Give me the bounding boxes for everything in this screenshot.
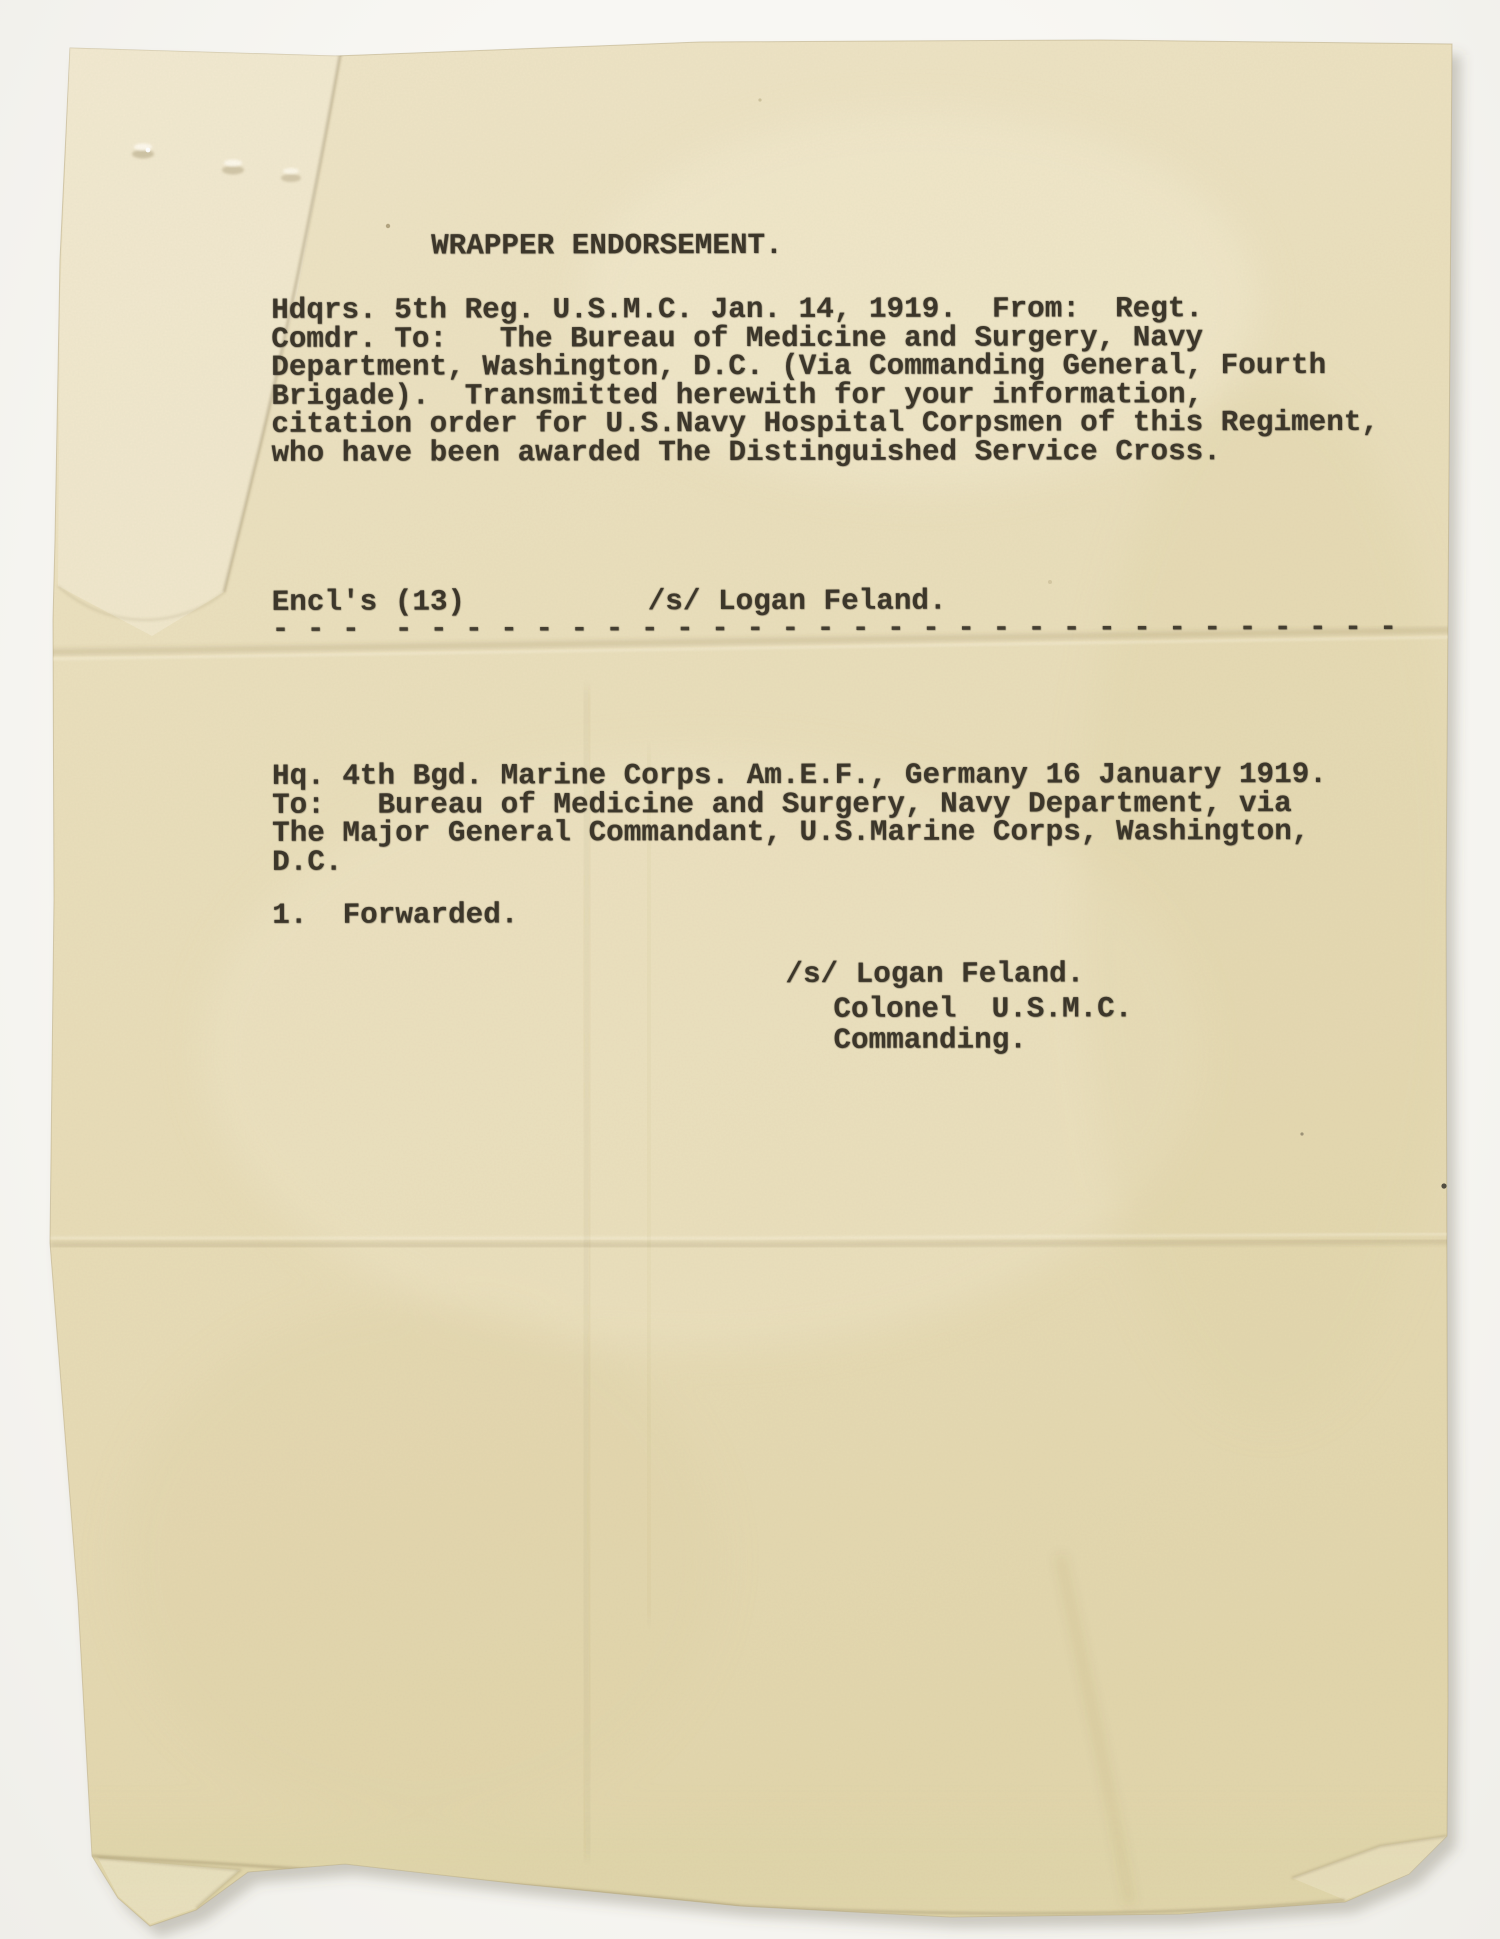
forwarded-item: 1. Forwarded. [272,901,518,930]
scanned-document-page: WRAPPER ENDORSEMENT. Hdqrs. 5th Reg. U.S… [0,0,1500,1939]
typewritten-text-layer: WRAPPER ENDORSEMENT. Hdqrs. 5th Reg. U.S… [0,0,1500,1939]
second-endorsement-heading: Hq. 4th Bgd. Marine Corps. Am.E.F., Germ… [272,761,1327,877]
signer-rank: Colonel U.S.M.C. [833,995,1132,1024]
document-title: WRAPPER ENDORSEMENT. [431,232,783,261]
second-endorsement-signature: /s/ Logan Feland. [785,960,1084,989]
first-endorsement-body: Hdqrs. 5th Reg. U.S.M.C. Jan. 14, 1919. … [271,295,1379,468]
signer-role: Commanding. [833,1027,1026,1056]
section-divider-dashes: - - - - - - - - - - - - - - - - - - - - … [272,614,1397,645]
